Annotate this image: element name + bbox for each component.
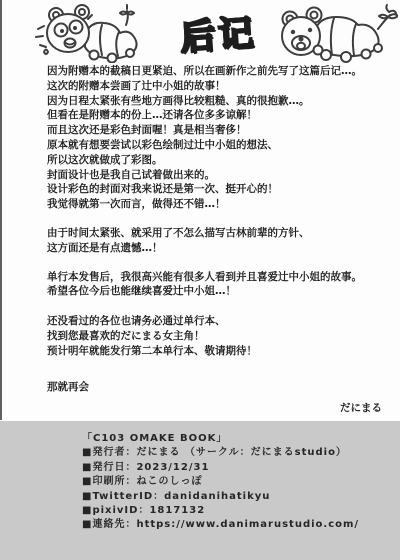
- printer-line: ■印刷所：ねこのしっぽ: [82, 475, 400, 489]
- publish-date-line: ■発行日：2023/12/31: [82, 461, 400, 475]
- paragraph-1: 因为附赠本的截稿日更紧迫、所以在画新作之前先写了这篇后记…。 这次的附赠本尝画了…: [47, 64, 390, 212]
- afterword-page: 后记: [0, 0, 400, 560]
- panda-caterpillar-right-icon: [270, 3, 398, 63]
- text-line: 希望各位今后也能继续喜爱辻中小姐…！: [47, 284, 390, 299]
- text-line: 这次的附赠本尝画了辻中小姐的故事！: [47, 79, 390, 94]
- panda-caterpillar-left-icon: [30, 3, 152, 63]
- contact-url-line: ■連絡先：https://www.danimarustudio.com/: [82, 518, 400, 532]
- author-signature: だにまる: [47, 400, 390, 415]
- text-line: 因为日程太紧张有些地方画得比较粗糙、真的很抱歉…。: [47, 94, 390, 109]
- text-line: 设计彩色的封面对我来说还是第一次、挺开心的！: [47, 182, 390, 197]
- text-line: 单行本发售后，我很高兴能有很多人看到并且喜爱辻中小姐的故事。: [47, 270, 390, 285]
- paragraph-4: 还没看过的各位也请务必通过单行本、 找到您最喜欢的だにまる女主角！ 预计明年就能…: [47, 314, 390, 358]
- text-line: 而且这次还是彩色封面喔！真是相当奢侈！: [47, 123, 390, 138]
- text-line: 封面设计也是我自己试着做出来的。: [47, 168, 390, 183]
- paragraph-3: 单行本发售后，我很高兴能有很多人看到并且喜爱辻中小姐的故事。 希望各位今后也能继…: [47, 270, 390, 300]
- page-title: 后记: [166, 5, 269, 62]
- header: 后记: [0, 0, 400, 64]
- text-line: 还没看过的各位也请务必通过单行本、: [47, 314, 390, 329]
- paragraph-2: 由于时间太紧张、就采用了不怎么描写古林前辈的方针、 这方面还是有点遗憾…！: [47, 226, 390, 256]
- text-line: 这方面还是有点遗憾…！: [47, 241, 390, 256]
- afterword-body: 因为附赠本的截稿日更紧迫、所以在画新作之前先写了这篇后记…。 这次的附赠本尝画了…: [0, 62, 400, 415]
- twitter-id-line: ■TwitterID：danidanihatikyu: [82, 490, 400, 504]
- text-line: 找到您最喜欢的だにまる女主角！: [47, 329, 390, 344]
- text-line: 但看在是附赠本的份上…还请各位多多谅解！: [47, 108, 390, 123]
- farewell-line: 那就再会: [47, 379, 390, 394]
- book-title: 「C103 OMAKE BOOK」: [82, 432, 400, 446]
- text-line: 所以这次就做成了彩图。: [47, 153, 390, 168]
- text-line: 原本就有想要尝试以彩色绘制过辻中小姐的想法、: [47, 138, 390, 153]
- text-line: 预计明年就能发行第二本单行本、敬请期待！: [47, 344, 390, 359]
- colophon-footer: 「C103 OMAKE BOOK」 ■発行者：だにまる （サークル：だにまるst…: [0, 421, 400, 560]
- text-line: 我觉得就第一次而言，做得还不错…！: [47, 197, 390, 212]
- pixiv-id-line: ■pixivID：1817132: [82, 504, 400, 518]
- text-line: 因为附赠本的截稿日更紧迫、所以在画新作之前先写了这篇后记…。: [47, 64, 390, 79]
- publisher-line: ■発行者：だにまる （サークル：だにまるstudio）: [82, 446, 400, 460]
- text-line: 由于时间太紧张、就采用了不怎么描写古林前辈的方针、: [47, 226, 390, 241]
